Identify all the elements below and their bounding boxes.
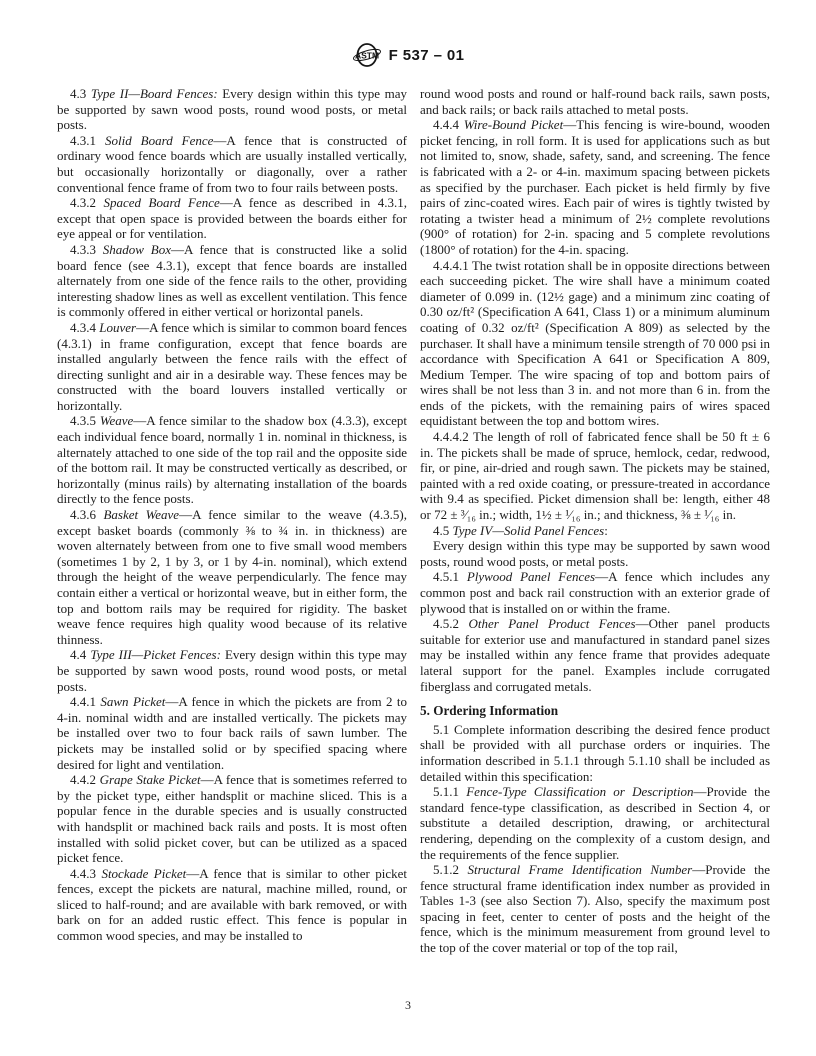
section-body-text: The twist rotation shall be in opposite … xyxy=(420,258,770,429)
section-5-heading: 5. Ordering Information xyxy=(420,703,770,719)
section-title: Solid Board Fence xyxy=(105,133,213,148)
section-number: 4.5.2 xyxy=(433,616,459,631)
section-title: Type II—Board Fences: xyxy=(91,86,218,101)
section-number: 4.3.4 xyxy=(70,320,96,335)
section-body-text: Complete information describing the desi… xyxy=(420,722,770,784)
document-code: F 537 – 01 xyxy=(389,47,465,64)
para-4-5-intro: Every design within this type may be sup… xyxy=(420,538,770,569)
left-column: 4.3 Type II—Board Fences: Every design w… xyxy=(57,86,407,956)
right-column: round wood posts and round or half-round… xyxy=(420,86,770,956)
section-title: Shadow Box xyxy=(103,242,171,257)
section-number: 4.5.1 xyxy=(433,569,459,584)
para-4-4: 4.4 Type III—Picket Fences: Every design… xyxy=(57,647,407,694)
section-number: 5.1 xyxy=(433,722,449,737)
section-title: Louver xyxy=(99,320,136,335)
para-4-3-4: 4.3.4 Louver—A fence which is similar to… xyxy=(57,320,407,414)
para-4-3-3: 4.3.3 Shadow Box—A fence that is constru… xyxy=(57,242,407,320)
para-4-5-2: 4.5.2 Other Panel Product Fences—Other p… xyxy=(420,616,770,694)
para-4-4-3-continuation: round wood posts and round or half-round… xyxy=(420,86,770,117)
para-4-3-2: 4.3.2 Spaced Board Fence—A fence as desc… xyxy=(57,195,407,242)
section-number: 4.4.3 xyxy=(70,866,96,881)
section-number: 4.3 xyxy=(70,86,86,101)
section-title: Basket Weave xyxy=(103,507,179,522)
para-4-3-6: 4.3.6 Basket Weave—A fence similar to th… xyxy=(57,507,407,647)
section-number: 4.3.6 xyxy=(70,507,96,522)
section-title: Grape Stake Picket xyxy=(100,772,201,787)
section-title: Sawn Picket xyxy=(100,694,165,709)
section-number: 5.1.2 xyxy=(433,862,459,877)
section-title: Weave xyxy=(100,413,133,428)
document-page: ASTM F 537 – 01 4.3 Type II—Board Fences… xyxy=(0,0,816,1056)
section-body-text: —A fence similar to the weave (4.3.5), e… xyxy=(57,507,407,647)
para-5-1-1: 5.1.1 Fence-Type Classification or Descr… xyxy=(420,784,770,862)
section-number: 4.4.4.2 xyxy=(433,429,469,444)
section-title: Stockade Picket xyxy=(101,866,186,881)
page-footer: 3 xyxy=(0,998,816,1013)
section-body-text: —This fencing is wire-bound, wooden pick… xyxy=(420,117,770,257)
two-column-body: 4.3 Type II—Board Fences: Every design w… xyxy=(57,86,770,956)
para-4-3-1: 4.3.1 Solid Board Fence—A fence that is … xyxy=(57,133,407,195)
section-number: 5.1.1 xyxy=(433,784,459,799)
section-number: 4.4.2 xyxy=(70,772,96,787)
page-header: ASTM F 537 – 01 xyxy=(0,42,816,68)
section-body-text: : xyxy=(604,523,608,538)
section-body-text: round wood posts and round or half-round… xyxy=(420,86,770,117)
para-4-4-3: 4.4.3 Stockade Picket—A fence that is si… xyxy=(57,866,407,944)
section-number: 4.3.2 xyxy=(70,195,96,210)
section-number: 4.5 xyxy=(433,523,449,538)
para-4-5: 4.5 Type IV—Solid Panel Fences: xyxy=(420,523,770,539)
para-4-5-1: 4.5.1 Plywood Panel Fences—A fence which… xyxy=(420,569,770,616)
section-number: 4.3.1 xyxy=(70,133,96,148)
svg-text:ASTM: ASTM xyxy=(355,51,379,61)
para-4-4-2: 4.4.2 Grape Stake Picket—A fence that is… xyxy=(57,772,407,866)
para-4-4-1: 4.4.1 Sawn Picket—A fence in which the p… xyxy=(57,694,407,772)
section-title: Plywood Panel Fences xyxy=(467,569,595,584)
para-5-1-2: 5.1.2 Structural Frame Identification Nu… xyxy=(420,862,770,956)
section-title: Type IV—Solid Panel Fences xyxy=(453,523,605,538)
page-number: 3 xyxy=(405,998,411,1012)
para-4-3: 4.3 Type II—Board Fences: Every design w… xyxy=(57,86,407,133)
section-title: Structural Frame Identification Number xyxy=(467,862,692,877)
section-number: 4.4.1 xyxy=(70,694,96,709)
section-title: Other Panel Product Fences xyxy=(468,616,635,631)
section-body-text: The length of roll of fabricated fence s… xyxy=(420,429,770,522)
section-number: 4.3.5 xyxy=(70,413,96,428)
para-4-3-5: 4.3.5 Weave—A fence similar to the shado… xyxy=(57,413,407,507)
section-body-text: Every design within this type may be sup… xyxy=(420,538,770,569)
section-title: Fence-Type Classification or Description xyxy=(466,784,693,799)
section-title: Spaced Board Fence xyxy=(103,195,219,210)
section-title: Type III—Picket Fences: xyxy=(90,647,221,662)
section-number: 4.4 xyxy=(70,647,86,662)
para-4-4-4-2: 4.4.4.2 The length of roll of fabricated… xyxy=(420,429,770,523)
para-4-4-4-1: 4.4.4.1 The twist rotation shall be in o… xyxy=(420,258,770,430)
para-5-1: 5.1 Complete information describing the … xyxy=(420,722,770,784)
para-4-4-4: 4.4.4 Wire-Bound Picket—This fencing is … xyxy=(420,117,770,257)
section-number: 4.3.3 xyxy=(70,242,96,257)
section-number: 4.4.4 xyxy=(433,117,459,132)
section-title: Wire-Bound Picket xyxy=(464,117,564,132)
section-number: 4.4.4.1 xyxy=(433,258,469,273)
astm-logo-icon: ASTM xyxy=(352,42,382,68)
